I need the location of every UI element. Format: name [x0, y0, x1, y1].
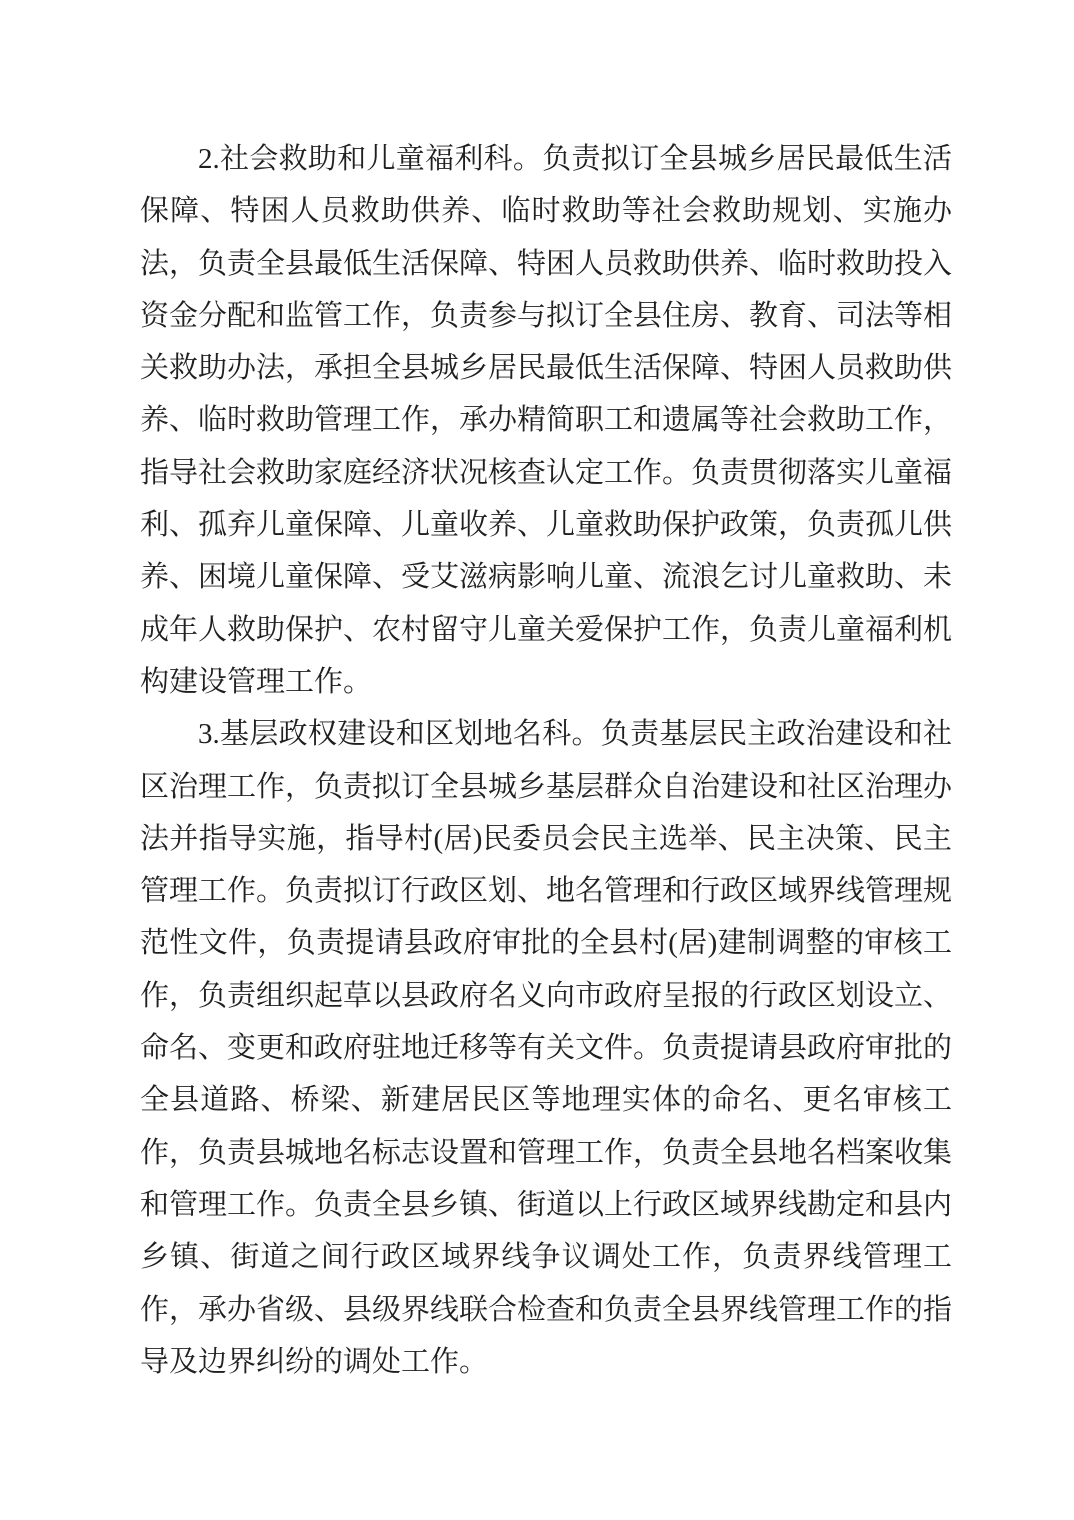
document-body: 2.社会救助和儿童福利科。负责拟订全县城乡居民最低生活保障、特困人员救助供养、临…: [140, 133, 952, 1388]
paragraph-grassroots-governance-division-names: 3.基层政权建设和区划地名科。负责基层民主政治建设和社区治理工作，负责拟订全县城…: [140, 708, 952, 1388]
paragraph-social-assistance-children-welfare: 2.社会救助和儿童福利科。负责拟订全县城乡居民最低生活保障、特困人员救助供养、临…: [140, 133, 952, 708]
document-page: 2.社会救助和儿童福利科。负责拟订全县城乡居民最低生活保障、特困人员救助供养、临…: [0, 0, 1074, 1520]
